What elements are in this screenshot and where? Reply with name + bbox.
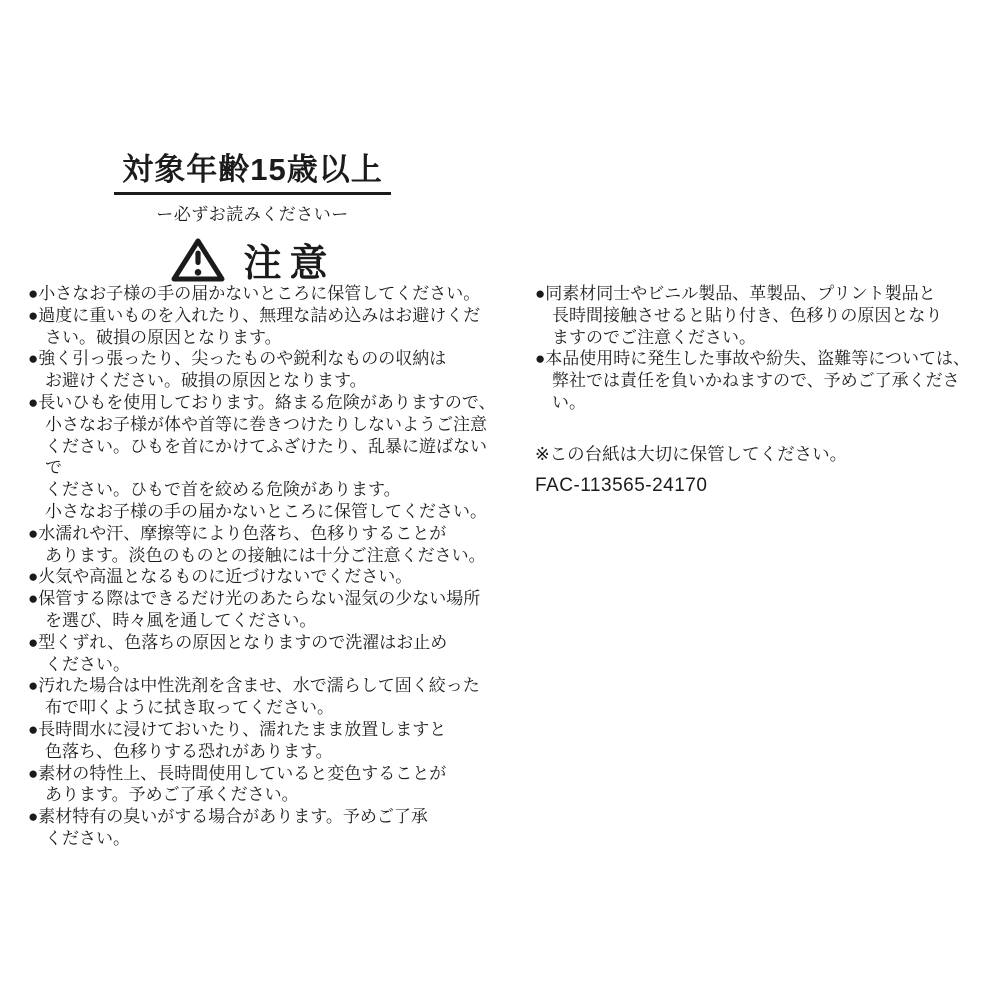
bullet-marker: ● (28, 349, 38, 368)
warning-text: 素材の特性上、長時間使用していると変色することが あります。予めご了承ください。 (38, 764, 446, 805)
warning-text: 素材特有の臭いがする場合があります。予めご了承 ください。 (38, 807, 428, 848)
list-item: ●水濡れや汗、摩擦等により色落ち、色移りすることが あります。淡色のものとの接触… (28, 523, 498, 567)
bullet-marker: ● (28, 720, 38, 739)
list-item: ●過度に重いものを入れたり、無理な詰め込みはお避けくだ さい。破損の原因となりま… (28, 305, 498, 349)
bullet-marker: ● (28, 524, 38, 543)
read-instruction-note: ー必ずお読みくださいー (0, 200, 505, 225)
bullet-marker: ● (28, 807, 38, 826)
list-item: ●同素材同士やビニル製品、革製品、プリント製品と 長時間接触させると貼り付き、色… (535, 283, 993, 348)
warning-text: 長いひもを使用しております。絡まる危険がありますので、 小さなお子様が体や首等に… (38, 393, 495, 521)
warning-text: 保管する際はできるだけ光のあたらない湿気の少ない場所 を選び、時々風を通してくだ… (38, 589, 480, 630)
left-warning-column: ●小さなお子様の手の届かないところに保管してください。 ●過度に重いものを入れた… (28, 283, 498, 850)
bullet-marker: ● (28, 393, 38, 412)
list-item: ●長いひもを使用しております。絡まる危険がありますので、 小さなお子様が体や首等… (28, 392, 498, 523)
left-warning-list: ●小さなお子様の手の届かないところに保管してください。 ●過度に重いものを入れた… (28, 283, 498, 850)
bullet-marker: ● (28, 567, 38, 586)
list-item: ●汚れた場合は中性洗剤を含ませ、水で濡らして固く絞った 布で叩くように拭き取って… (28, 675, 498, 719)
bullet-marker: ● (535, 284, 545, 303)
list-item: ●長時間水に浸けておいたり、濡れたまま放置しますと 色落ち、色移りする恐れがあり… (28, 719, 498, 763)
list-item: ●型くずれ、色落ちの原因となりますので洗濯はお止め ください。 (28, 632, 498, 676)
bullet-marker: ● (28, 633, 38, 652)
warning-text: 強く引っ張ったり、尖ったものや鋭利なものの収納は お避けください。破損の原因とな… (38, 349, 446, 390)
warning-text: 火気や高温となるものに近づけないでください。 (38, 567, 412, 586)
bullet-marker: ● (28, 284, 38, 303)
caution-label-page: 対象年齢15歳以上 ー必ずお読みくださいー 注意 ●小さなお子様の手の届かないと… (0, 0, 1000, 1000)
right-warning-column: ●同素材同士やビニル製品、革製品、プリント製品と 長時間接触させると貼り付き、色… (535, 283, 993, 496)
warning-triangle-icon (169, 236, 227, 284)
right-warning-list: ●同素材同士やビニル製品、革製品、プリント製品と 長時間接触させると貼り付き、色… (535, 283, 993, 414)
caution-heading-row: 注意 (0, 232, 505, 287)
list-item: ●素材の特性上、長時間使用していると変色することが あります。予めご了承ください… (28, 763, 498, 807)
warning-text: 型くずれ、色落ちの原因となりますので洗濯はお止め ください。 (38, 633, 447, 674)
warning-text: 同素材同士やビニル製品、革製品、プリント製品と 長時間接触させると貼り付き、色移… (545, 284, 942, 347)
list-item: ●保管する際はできるだけ光のあたらない湿気の少ない場所 を選び、時々風を通してく… (28, 588, 498, 632)
bullet-marker: ● (28, 764, 38, 783)
warning-text: 過度に重いものを入れたり、無理な詰め込みはお避けくだ さい。破損の原因となります… (38, 306, 480, 347)
list-item: ●火気や高温となるものに近づけないでください。 (28, 566, 498, 588)
bullet-marker: ● (535, 349, 545, 368)
warning-text: 長時間水に浸けておいたり、濡れたまま放置しますと 色落ち、色移りする恐れがありま… (38, 720, 446, 761)
bullet-marker: ● (28, 306, 38, 325)
warning-text: 本品使用時に発生した事故や紛失、盗難等については、 弊社では責任を負いかねますの… (545, 349, 970, 412)
header: 対象年齢15歳以上 ー必ずお読みくださいー 注意 (0, 144, 505, 287)
warning-text: 小さなお子様の手の届かないところに保管してください。 (38, 284, 480, 303)
caution-title: 注意 (243, 232, 335, 287)
product-code: FAC-113565-24170 (535, 475, 993, 497)
keep-card-note: ※この台紙は大切に保管してください。 (535, 444, 993, 466)
warning-text: 水濡れや汗、摩擦等により色落ち、色移りすることが あります。淡色のものとの接触に… (38, 524, 485, 565)
list-item: ●本品使用時に発生した事故や紛失、盗難等については、 弊社では責任を負いかねます… (535, 348, 993, 413)
warning-text: 汚れた場合は中性洗剤を含ませ、水で濡らして固く絞った 布で叩くように拭き取ってく… (38, 676, 480, 717)
bullet-marker: ● (28, 676, 38, 695)
list-item: ●強く引っ張ったり、尖ったものや鋭利なものの収納は お避けください。破損の原因と… (28, 348, 498, 392)
list-item: ●小さなお子様の手の届かないところに保管してください。 (28, 283, 498, 305)
list-item: ●素材特有の臭いがする場合があります。予めご了承 ください。 (28, 806, 498, 850)
bullet-marker: ● (28, 589, 38, 608)
age-restriction-title: 対象年齢15歳以上 (114, 144, 390, 195)
